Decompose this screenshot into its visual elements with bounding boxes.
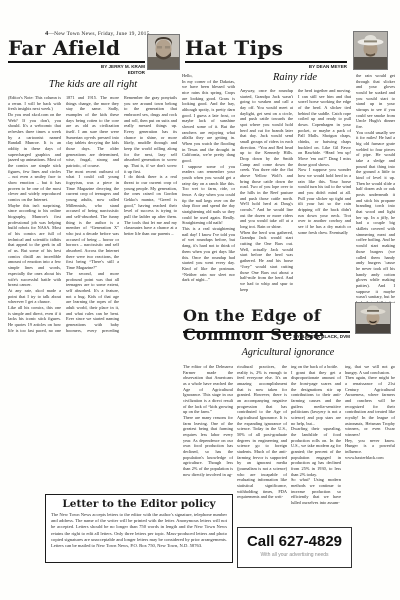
dean-meyer-photo [353, 31, 388, 70]
far-afield-title: Far Afield [8, 36, 120, 60]
common-sense-column-4: ing, that we will not go hungry. A sad c… [345, 364, 395, 520]
baxter-black-photo [355, 302, 391, 334]
jerry-kram-photo-art [148, 35, 179, 69]
common-sense-byline: BY BAXTER BLACK, DVM [183, 334, 350, 340]
hat-tips-subtitle: Rainy ride [240, 72, 350, 83]
far-afield-column-1: (Editor's Note: This column is a rerun. … [8, 95, 61, 333]
newspaper-page: 4—New Town News, Friday, June 19, 2015 F… [0, 0, 400, 600]
common-sense-title-rule [183, 331, 350, 333]
hat-tips-column-3: the herd together and moving. I can stil… [298, 88, 351, 303]
far-afield-byline-role: EDITOR [8, 70, 145, 76]
ad-phone-number: Call 627-4829 [238, 533, 351, 550]
far-afield-subtitle: The kids are all right [8, 79, 178, 90]
far-afield-column-3: Remember the gray ponytails you see arou… [124, 95, 177, 333]
far-afield-title-rule [8, 61, 145, 63]
common-sense-subtitle: Agricultural ignorance [183, 347, 393, 358]
letter-policy-title: Letter to the Editor policy [51, 498, 227, 510]
hat-tips-column-1: Hello, In my corner of the Dakotas, we h… [182, 73, 235, 303]
jerry-kram-photo [147, 34, 180, 70]
hat-tips-column-4: the rain would get through that slicker … [356, 73, 395, 303]
common-sense-column-3: ing on the back of a bottle. I grant tha… [291, 364, 341, 520]
hat-tips-title: Hat Tips [185, 36, 283, 60]
hat-tips-byline: BY DEAN MEYER [185, 64, 347, 70]
letter-policy-box: Letter to the Editor policy The New Town… [45, 494, 233, 563]
letter-policy-body: The New Town News accepts letters to the… [51, 512, 227, 549]
dean-meyer-photo-art [354, 32, 387, 69]
advertising-box: Call 627-4829 With all your advertising … [237, 527, 352, 568]
far-afield-byline: BY JERRY M. KRAM EDITOR [8, 64, 145, 75]
hat-tips-column-2: Anyway, once the roundup started, Grandp… [240, 88, 293, 303]
hat-tips-title-rule [185, 61, 347, 63]
ad-tagline: With all your advertising needs [238, 552, 351, 558]
baxter-black-photo-art [356, 303, 390, 333]
far-afield-column-2: 1871 and 1915. The more things change, t… [66, 95, 119, 333]
common-sense-column-2: ricultural practices, the reality is, 2%… [237, 364, 287, 520]
